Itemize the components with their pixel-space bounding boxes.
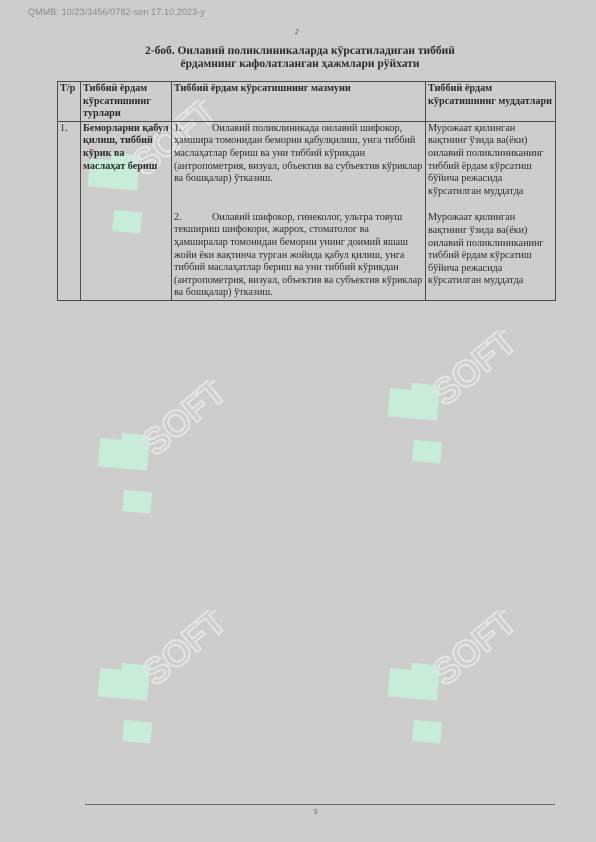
footer-page-number: 5	[314, 808, 318, 816]
header-care-types: Тиббий ёрдам кўрсатишнинг турлари	[81, 82, 172, 122]
top-page-number: 2	[295, 28, 299, 36]
content-item: 2.Оилавий шифокор, гинеколог, ультра тов…	[174, 212, 423, 300]
care-type: Беморларни қабул қилиш, тиббий кўрик ва …	[81, 121, 172, 300]
header-care-content: Тиббий ёрдам кўрсатишнинг мазмуни	[172, 82, 426, 122]
care-deadline: Мурожаат қилинган вақтнинг ўзида ва(ёки)…	[426, 121, 556, 300]
svg-text:SOFT: SOFT	[134, 610, 234, 693]
header-number: Т/р	[58, 82, 81, 122]
content-item-text: Оилавий поликлиникада оилавий шифокор, ҳ…	[174, 123, 422, 184]
watermark-logo: SOFT	[370, 610, 570, 760]
section-title: 2-боб. Оилавий поликлиникаларда кўрсатил…	[140, 45, 460, 71]
watermark-logo: SOFT	[80, 610, 280, 760]
svg-text:SOFT: SOFT	[424, 330, 524, 413]
svg-text:SOFT: SOFT	[424, 610, 524, 693]
care-content: 1.Оилавий поликлиникада оилавий шифокор,…	[172, 121, 426, 300]
guaranteed-care-table: Т/р Тиббий ёрдам кўрсатишнинг турлари Ти…	[57, 81, 556, 301]
footer-divider	[85, 804, 555, 805]
row-number: 1.	[58, 121, 81, 300]
content-item: 1.Оилавий поликлиникада оилавий шифокор,…	[174, 123, 423, 186]
content-item-number: 1.	[174, 123, 212, 136]
deadline-text: Мурожаат қилинган вақтнинг ўзида ва(ёки)…	[428, 212, 553, 288]
section-title-line-2: ёрдамнинг кафолатланган ҳажмлари рўйхати	[140, 58, 460, 71]
table-row: 1. Беморларни қабул қилиш, тиббий кўрик …	[58, 121, 556, 300]
watermark-logo: SOFT	[370, 330, 570, 490]
section-title-line-1: 2-боб. Оилавий поликлиникаларда кўрсатил…	[140, 45, 460, 58]
content-item-text: Оилавий шифокор, гинеколог, ультра товуш…	[174, 212, 422, 299]
document-registration-stamp: QMMB: 10/23/3456/0782-son 17.10.2023-y	[28, 7, 205, 17]
table-header-row: Т/р Тиббий ёрдам кўрсатишнинг турлари Ти…	[58, 82, 556, 122]
header-care-deadlines: Тиббий ёрдам кўрсатишнинг муддатлари	[426, 82, 556, 122]
content-item-number: 2.	[174, 212, 212, 225]
watermark-logo: SOFT	[80, 380, 280, 530]
svg-text:SOFT: SOFT	[134, 380, 234, 463]
deadline-text: Мурожаат қилинган вақтнинг ўзида ва(ёки)…	[428, 123, 553, 199]
